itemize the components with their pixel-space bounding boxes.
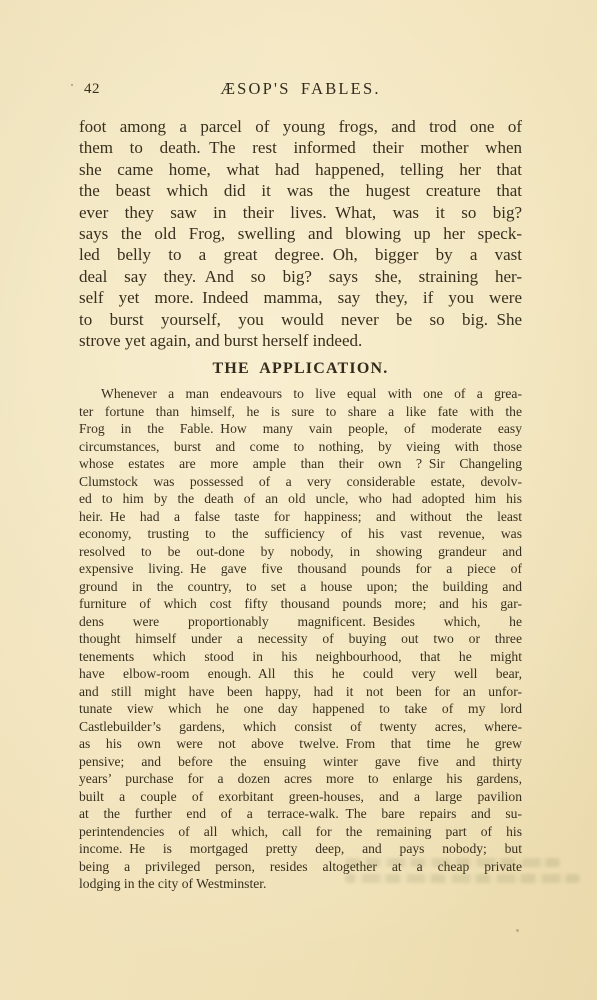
text-line: lodging in the city of Westminster. [79, 875, 522, 893]
text-line: as his own were not above twelve. From t… [79, 735, 522, 753]
text-line: perintendencies of all which, call for t… [79, 823, 522, 841]
text-line: Frog in the Fable. How many vain people,… [79, 420, 522, 438]
paper-speck [71, 84, 73, 86]
text-line: ever they saw in their lives. What, was … [79, 202, 522, 223]
text-line: have elbow-room enough. All this he coul… [79, 665, 522, 683]
running-head-title: ÆSOP'S FABLES. [79, 79, 522, 99]
text-line: resolved to be out-done by nobody, in sh… [79, 543, 522, 561]
text-line: to burst yourself, you would never be so… [79, 309, 522, 330]
text-line: strove yet again, and burst herself inde… [79, 330, 522, 351]
fable-paragraph: foot among a parcel of young frogs, and … [79, 116, 522, 351]
text-line: the beast which did it was the hugest cr… [79, 180, 522, 201]
text-line: Clumstock was possessed of a very consid… [79, 473, 522, 491]
page-number: 42 [84, 81, 100, 98]
text-line: says the old Frog, swelling and blowing … [79, 223, 522, 244]
text-line: whose estates are more ample than their … [79, 455, 522, 473]
text-line: led belly to a great degree. Oh, bigger … [79, 244, 522, 265]
text-line: thought himself under a necessity of buy… [79, 630, 522, 648]
text-line: tunate view which he one day happened to… [79, 700, 522, 718]
application-paragraph: Whenever a man endeavours to live equal … [79, 385, 522, 893]
text-line: ter fortune than himself, he is sure to … [79, 403, 522, 421]
text-line: ground in the country, to set a house up… [79, 578, 522, 596]
text-line: self yet more. Indeed mamma, say they, i… [79, 287, 522, 308]
text-line: them to death. The rest informed their m… [79, 137, 522, 158]
text-line: expensive living. He gave five thousand … [79, 560, 522, 578]
text-line: Whenever a man endeavours to live equal … [79, 385, 522, 403]
text-line: heir. He had a false taste for happiness… [79, 508, 522, 526]
text-line: deal say they. And so big? says she, str… [79, 266, 522, 287]
application-heading: THE APPLICATION. [79, 360, 522, 378]
text-line: circumstances, burst and come to nothing… [79, 438, 522, 456]
text-line: and still might have been happy, had it … [79, 683, 522, 701]
text-line: foot among a parcel of young frogs, and … [79, 116, 522, 137]
text-line: built a couple of exorbitant green-house… [79, 788, 522, 806]
text-line: pensive; and before the ensuing winter g… [79, 753, 522, 771]
running-head: 42 ÆSOP'S FABLES. [79, 79, 522, 101]
text-line: furniture of which cost fifty thousand p… [79, 595, 522, 613]
text-line: being a privileged person, resides altog… [79, 858, 522, 876]
text-line: at the further end of a terrace-walk. Th… [79, 805, 522, 823]
paper-speck [516, 929, 519, 932]
text-line: years’ purchase for a dozen acres more t… [79, 770, 522, 788]
text-line: Castlebuilder’s gardens, which consist o… [79, 718, 522, 736]
book-page: 42 ÆSOP'S FABLES. foot among a parcel of… [0, 0, 597, 1000]
text-line: economy, trusting to the sufficiency of … [79, 525, 522, 543]
text-line: tenements which stood in his neighbourho… [79, 648, 522, 666]
text-line: dens were proportionably magnificent. Be… [79, 613, 522, 631]
text-line: she came home, what had happened, tellin… [79, 159, 522, 180]
text-line: income. He is mortgaged pretty deep, and… [79, 840, 522, 858]
text-line: ed to him by the death of an old uncle, … [79, 490, 522, 508]
